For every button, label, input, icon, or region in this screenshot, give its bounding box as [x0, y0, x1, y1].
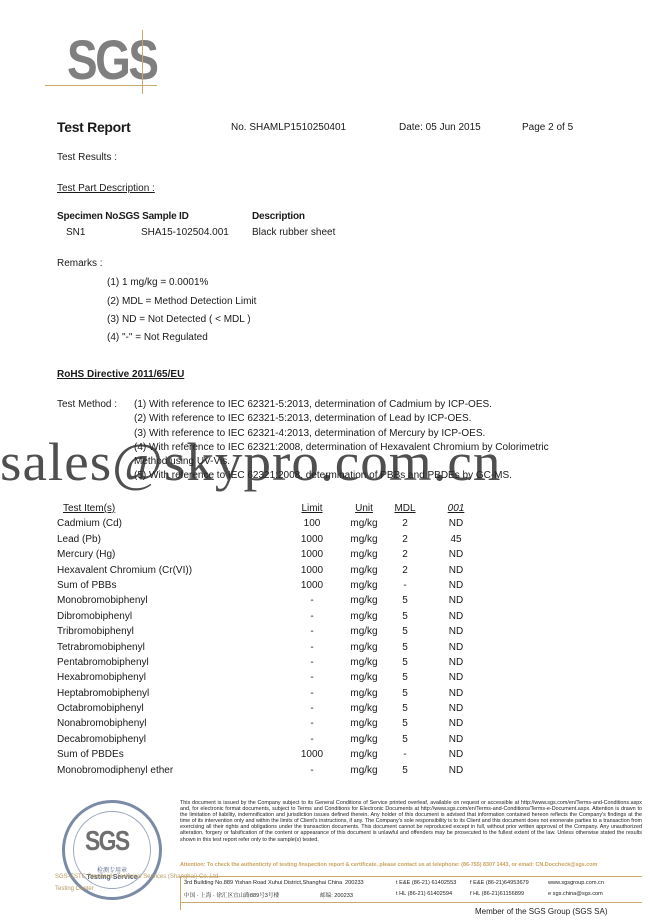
unit-value: mg/kg	[347, 549, 381, 560]
mdl-value: 5	[392, 595, 418, 606]
remark-item: (1) 1 mg/kg = 0.0001%	[107, 277, 208, 288]
limit-value: -	[294, 611, 330, 622]
postcode-en: 200233	[345, 880, 364, 886]
test-item: Heptabromobiphenyl	[57, 688, 149, 699]
fax-hl: f HL (86-21)61156899	[470, 891, 524, 897]
limit-value: -	[294, 734, 330, 745]
unit-value: mg/kg	[347, 565, 381, 576]
limit-value: -	[294, 595, 330, 606]
telephone-hl: t HL (86-21) 61402594	[396, 891, 452, 897]
header-unit: Unit	[347, 503, 381, 514]
footer-divider	[180, 902, 642, 903]
unit-value: mg/kg	[347, 672, 381, 683]
test-item: Octabromobiphenyl	[57, 703, 144, 714]
mdl-value: 2	[392, 565, 418, 576]
remark-item: (4) "-" = Not Regulated	[107, 332, 208, 343]
result-value: ND	[443, 565, 469, 576]
mdl-value: -	[392, 749, 418, 760]
sample-id-header: SGS Sample ID	[119, 211, 189, 222]
directive-title: RoHS Directive 2011/65/EU	[57, 369, 184, 380]
table-row: Hexavalent Chromium (Cr(VI))1000mg/kg2ND	[57, 565, 477, 580]
mdl-value: 5	[392, 765, 418, 776]
unit-value: mg/kg	[347, 734, 381, 745]
limit-value: -	[294, 672, 330, 683]
unit-value: mg/kg	[347, 626, 381, 637]
result-value: ND	[443, 580, 469, 591]
limit-value: -	[294, 765, 330, 776]
results-body: Cadmium (Cd)100mg/kg2NDLead (Pb)1000mg/k…	[57, 518, 477, 780]
table-row: Dibromobiphenyl-mg/kg5ND	[57, 611, 477, 626]
results-header-row: Test Item(s) Limit Unit MDL 001	[57, 503, 477, 518]
logo-divider-vertical	[142, 30, 143, 94]
test-item: Cadmium (Cd)	[57, 518, 122, 529]
test-item: Dibromobiphenyl	[57, 611, 132, 622]
table-row: Sum of PBBs1000mg/kg-ND	[57, 580, 477, 595]
address-divider	[180, 876, 181, 910]
mdl-value: 5	[392, 734, 418, 745]
report-date: Date: 05 Jun 2015	[399, 122, 481, 133]
limit-value: 1000	[294, 565, 330, 576]
mdl-value: 5	[392, 626, 418, 637]
mdl-value: 5	[392, 703, 418, 714]
mdl-value: 2	[392, 518, 418, 529]
limit-value: 1000	[294, 749, 330, 760]
limit-value: 100	[294, 518, 330, 529]
mdl-value: 2	[392, 534, 418, 545]
mdl-value: 5	[392, 657, 418, 668]
test-method-line: Method using UV-Vis.	[134, 456, 230, 467]
result-value: ND	[443, 749, 469, 760]
mdl-value: 5	[392, 611, 418, 622]
header-limit: Limit	[294, 503, 330, 514]
result-value: ND	[443, 734, 469, 745]
test-item: Mercury (Hg)	[57, 549, 115, 560]
email-watermark: sales@skypro.com.cn	[0, 432, 501, 492]
table-row: Hexabromobiphenyl-mg/kg5ND	[57, 672, 477, 687]
unit-value: mg/kg	[347, 518, 381, 529]
limit-value: -	[294, 642, 330, 653]
test-method-line: (4) With reference to IEC 62321:2008, de…	[134, 442, 549, 453]
sgs-logo: SGS	[45, 28, 205, 98]
specimen-no: SN1	[66, 227, 85, 238]
test-item: Tribromobiphenyl	[57, 626, 134, 637]
table-row: Heptabromobiphenyl-mg/kg5ND	[57, 688, 477, 703]
logo-divider-horizontal	[45, 85, 157, 86]
test-part-description-label: Test Part Description :	[57, 183, 155, 194]
sgs-logo-text: SGS	[67, 32, 157, 88]
test-results-label: Test Results :	[57, 152, 117, 163]
stamp-logo: SGS	[85, 825, 129, 857]
result-value: 45	[443, 534, 469, 545]
mdl-value: 5	[392, 688, 418, 699]
result-value: ND	[443, 657, 469, 668]
fax-ee: f E&E (86-21)64953679	[470, 880, 529, 886]
report-number: No. SHAMLP1510250401	[231, 122, 346, 133]
table-row: Decabromobiphenyl-mg/kg5ND	[57, 734, 477, 749]
unit-value: mg/kg	[347, 718, 381, 729]
address-en: 3rd Building No.889 Yishan Road Xuhui Di…	[184, 880, 342, 886]
table-row: Octabromobiphenyl-mg/kg5ND	[57, 703, 477, 718]
unit-value: mg/kg	[347, 611, 381, 622]
result-value: ND	[443, 611, 469, 622]
unit-value: mg/kg	[347, 703, 381, 714]
specimen-no-header: Specimen No.	[57, 211, 121, 222]
mdl-value: 5	[392, 642, 418, 653]
address-block: 3rd Building No.889 Yishan Road Xuhui Di…	[180, 876, 642, 903]
result-value: ND	[443, 688, 469, 699]
description-header: Description	[252, 211, 305, 222]
test-item: Sum of PBBs	[57, 580, 116, 591]
test-item: Tetrabromobiphenyl	[57, 642, 145, 653]
remark-item: (3) ND = Not Detected ( < MDL )	[107, 314, 251, 325]
unit-value: mg/kg	[347, 595, 381, 606]
unit-value: mg/kg	[347, 534, 381, 545]
result-value: ND	[443, 672, 469, 683]
limit-value: -	[294, 718, 330, 729]
test-item: Decabromobiphenyl	[57, 734, 146, 745]
test-method-line: (5) With reference to IEC 62321:2008, de…	[134, 470, 512, 481]
result-value: ND	[443, 718, 469, 729]
result-value: ND	[443, 518, 469, 529]
mdl-value: 5	[392, 718, 418, 729]
test-item: Hexabromobiphenyl	[57, 672, 146, 683]
test-method-line: (2) With reference to IEC 62321-5:2013, …	[134, 413, 471, 424]
group-membership: Member of the SGS Group (SGS SA)	[475, 907, 608, 916]
test-item: Monobromodiphenyl ether	[57, 765, 173, 776]
header-test-item: Test Item(s)	[63, 503, 115, 514]
results-table: Test Item(s) Limit Unit MDL 001 Cadmium …	[57, 503, 477, 780]
limit-value: 1000	[294, 549, 330, 560]
table-row: Cadmium (Cd)100mg/kg2ND	[57, 518, 477, 533]
page-indicator: Page 2 of 5	[522, 122, 573, 133]
result-value: ND	[443, 703, 469, 714]
mdl-value: 5	[392, 672, 418, 683]
table-row: Sum of PBDEs1000mg/kg-ND	[57, 749, 477, 764]
unit-value: mg/kg	[347, 657, 381, 668]
limit-value: -	[294, 626, 330, 637]
contact-email[interactable]: e sgs.china@sgs.com	[548, 891, 603, 897]
result-value: ND	[443, 595, 469, 606]
result-value: ND	[443, 626, 469, 637]
unit-value: mg/kg	[347, 688, 381, 699]
authenticity-notice: Attention: To check the authenticity of …	[180, 862, 642, 868]
table-row: Monobromobiphenyl-mg/kg5ND	[57, 595, 477, 610]
sample-description: Black rubber sheet	[252, 227, 335, 238]
table-row: Mercury (Hg)1000mg/kg2ND	[57, 549, 477, 564]
postcode-cn: 邮编: 200233	[320, 891, 353, 899]
remark-item: (2) MDL = Method Detection Limit	[107, 296, 256, 307]
table-row: Monobromodiphenyl ether-mg/kg5ND	[57, 765, 477, 780]
telephone-ee: t E&E (86-21) 61402553	[396, 880, 456, 886]
report-title: Test Report	[57, 119, 130, 135]
limit-value: -	[294, 703, 330, 714]
limit-value: -	[294, 657, 330, 668]
result-value: ND	[443, 765, 469, 776]
address-cn: 中国 · 上海 · 徐汇区宜山路889号3号楼	[184, 891, 279, 899]
stamp-center: Testing Center	[55, 886, 94, 892]
test-item: Hexavalent Chromium (Cr(VI))	[57, 565, 192, 576]
unit-value: mg/kg	[347, 749, 381, 760]
test-method-line: (3) With reference to IEC 62321-4:2013, …	[134, 428, 485, 439]
test-item: Sum of PBDEs	[57, 749, 124, 760]
limit-value: -	[294, 688, 330, 699]
legal-disclaimer: This document is issued by the Company s…	[180, 800, 642, 843]
unit-value: mg/kg	[347, 580, 381, 591]
remarks-label: Remarks :	[57, 258, 103, 269]
test-item: Lead (Pb)	[57, 534, 101, 545]
table-row: Lead (Pb)1000mg/kg245	[57, 534, 477, 549]
stamp-chinese-text: 检测专用章	[65, 865, 159, 874]
test-method-label: Test Method :	[57, 399, 117, 410]
limit-value: 1000	[294, 580, 330, 591]
mdl-value: 2	[392, 549, 418, 560]
mdl-value: -	[392, 580, 418, 591]
sample-id: SHA15-102504.001	[141, 227, 229, 238]
unit-value: mg/kg	[347, 642, 381, 653]
result-value: ND	[443, 642, 469, 653]
website[interactable]: www.sgsgroup.com.cn	[548, 880, 604, 886]
result-value: ND	[443, 549, 469, 560]
test-item: Monobromobiphenyl	[57, 595, 148, 606]
table-row: Pentabromobiphenyl-mg/kg5ND	[57, 657, 477, 672]
test-item: Nonabromobiphenyl	[57, 718, 147, 729]
test-method-line: (1) With reference to IEC 62321-5:2013, …	[134, 399, 492, 410]
testing-service-stamp: SGS 检测专用章 Testing Service	[62, 800, 162, 900]
header-sample-001: 001	[443, 503, 469, 514]
limit-value: 1000	[294, 534, 330, 545]
table-row: Tribromobiphenyl-mg/kg5ND	[57, 626, 477, 641]
unit-value: mg/kg	[347, 765, 381, 776]
header-mdl: MDL	[392, 503, 418, 514]
table-row: Tetrabromobiphenyl-mg/kg5ND	[57, 642, 477, 657]
table-row: Nonabromobiphenyl-mg/kg5ND	[57, 718, 477, 733]
test-item: Pentabromobiphenyl	[57, 657, 149, 668]
